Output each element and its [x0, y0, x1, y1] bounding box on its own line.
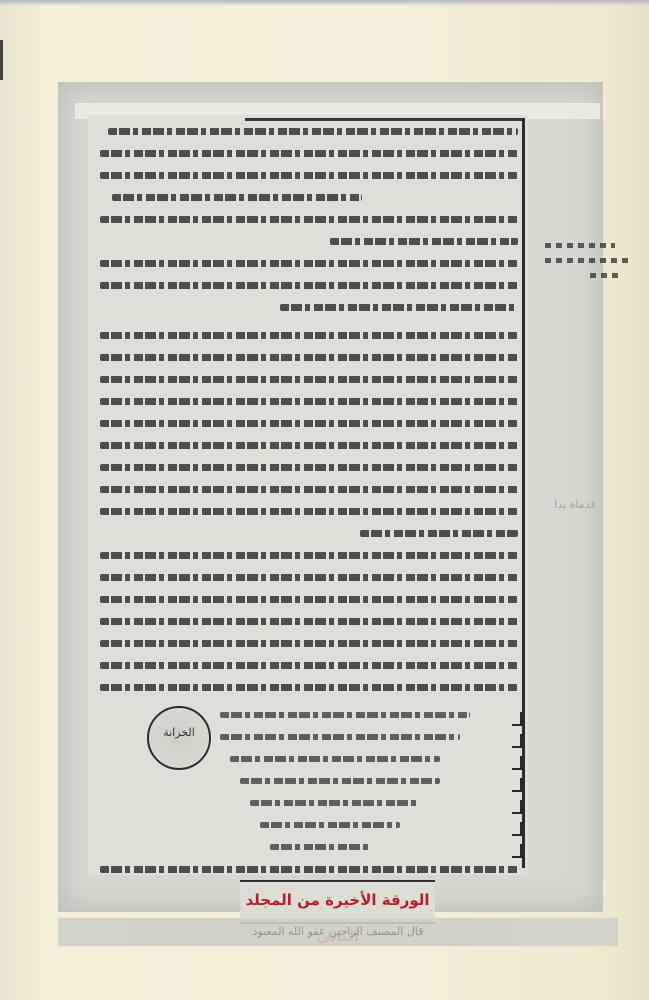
page-left-edge — [0, 40, 3, 80]
manuscript-line — [100, 172, 518, 179]
manuscript-line — [360, 530, 518, 537]
manuscript-line — [100, 398, 518, 405]
page-top-shadow — [0, 0, 649, 6]
list-marker — [512, 844, 523, 858]
margin-note-line — [545, 258, 630, 263]
manuscript-line — [100, 150, 518, 157]
margin-note-line — [590, 273, 620, 278]
list-marker — [512, 778, 523, 792]
list-marker — [512, 756, 523, 770]
list-line — [220, 712, 470, 718]
manuscript-line — [100, 596, 518, 603]
seal-text: الخزانة — [149, 726, 209, 739]
manuscript-line — [100, 486, 518, 493]
manuscript-line — [330, 238, 518, 245]
list-line — [250, 800, 420, 806]
manuscript-line — [100, 464, 518, 471]
list-line — [220, 734, 460, 740]
manuscript-line — [100, 866, 518, 873]
list-marker — [512, 734, 523, 748]
manuscript-line — [100, 354, 518, 361]
manuscript-line — [100, 442, 518, 449]
manuscript-line — [100, 508, 518, 515]
manuscript-line — [100, 376, 518, 383]
list-line — [230, 756, 440, 762]
manuscript-line — [100, 552, 518, 559]
plate-bottom-band: قال المصنف الراجين عفو الله المعبود — [58, 918, 618, 946]
manuscript-line — [100, 216, 518, 223]
manuscript-line — [100, 684, 518, 691]
seal-stamp-icon: الخزانة — [147, 706, 211, 770]
manuscript-line — [100, 282, 518, 289]
list-line — [260, 822, 400, 828]
margin-note-line — [545, 243, 615, 248]
list-line — [270, 844, 370, 850]
manuscript-frame-top — [245, 118, 525, 121]
manuscript-line — [100, 618, 518, 625]
list-marker — [512, 822, 523, 836]
bleedthrough-text: قدماة بدا — [520, 497, 630, 513]
manuscript-line — [100, 640, 518, 647]
manuscript-line — [280, 304, 518, 311]
list-line — [240, 778, 440, 784]
manuscript-line — [108, 128, 518, 135]
manuscript-line — [100, 662, 518, 669]
manuscript-line — [112, 194, 362, 201]
manuscript-line — [100, 420, 518, 427]
book-page: الخزانة قدماة بدا الورقة الأخيرة من المج… — [0, 0, 649, 1000]
manuscript-line — [100, 260, 518, 267]
manuscript-line — [100, 332, 518, 339]
list-marker — [512, 712, 523, 726]
list-marker — [512, 800, 523, 814]
manuscript-line — [100, 574, 518, 581]
bleedthrough-bottom-text: قال المصنف الراجين عفو الله المعبود — [58, 918, 618, 946]
